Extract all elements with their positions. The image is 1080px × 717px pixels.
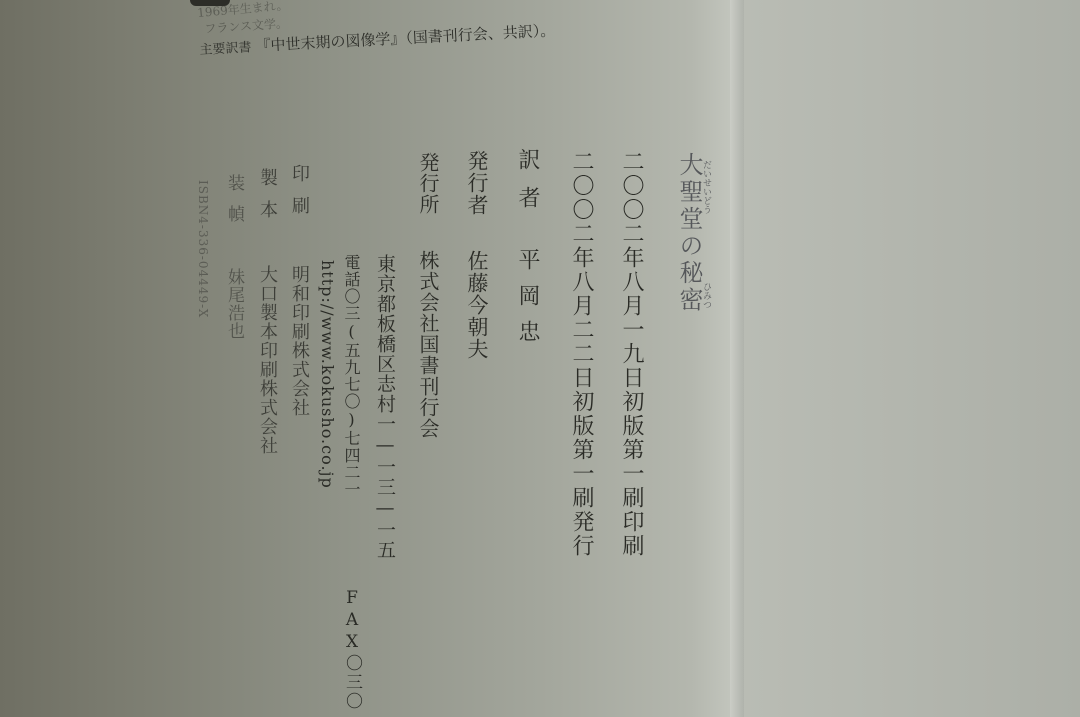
press-label: 発行所 (414, 152, 443, 215)
bio-works-title: 『中世末期の図像学』（国書刊行会、共訳）。 (255, 21, 556, 55)
publish-date: 二〇〇二年八月二二日初版第一刷発行 (566, 150, 597, 558)
designer-name: 妹尾浩也 (222, 268, 247, 340)
press-name: 株式会社国書刊行会 (414, 250, 443, 439)
right-page (744, 0, 1080, 717)
binder-name: 大口製本印刷株式会社 (254, 265, 280, 455)
design-label: 装幀 (222, 174, 247, 236)
bio-works-prefix: 主要訳書 (199, 40, 252, 58)
publisher-name: 佐藤今朝夫 (462, 250, 492, 360)
binder-label: 製本 (254, 168, 280, 232)
printer-label: 印刷 (286, 164, 312, 228)
publisher-label: 発行者 (462, 150, 492, 216)
press-url: http://www.kokusho.co.jp (318, 260, 337, 489)
press-fax: FAX〇三〇 (340, 588, 365, 711)
isbn: ISBN4-336-04449-X (196, 180, 210, 318)
title-ruby-secret: ひみつ (700, 282, 713, 309)
printer-name: 明和印刷株式会社 (286, 265, 312, 417)
print-date: 二〇〇二年八月一九日初版第一刷印刷 (616, 150, 647, 558)
page-edge (730, 0, 744, 717)
press-phone: 電話〇三(五九七〇)七四二一 (340, 254, 363, 498)
translator-name: 平岡忠 (512, 248, 543, 356)
press-address: 東京都板橋区志村一—一三—一五 (372, 254, 399, 560)
title-ruby-main: だいせいどう (700, 160, 713, 214)
translator-label: 訳者 (512, 148, 543, 224)
